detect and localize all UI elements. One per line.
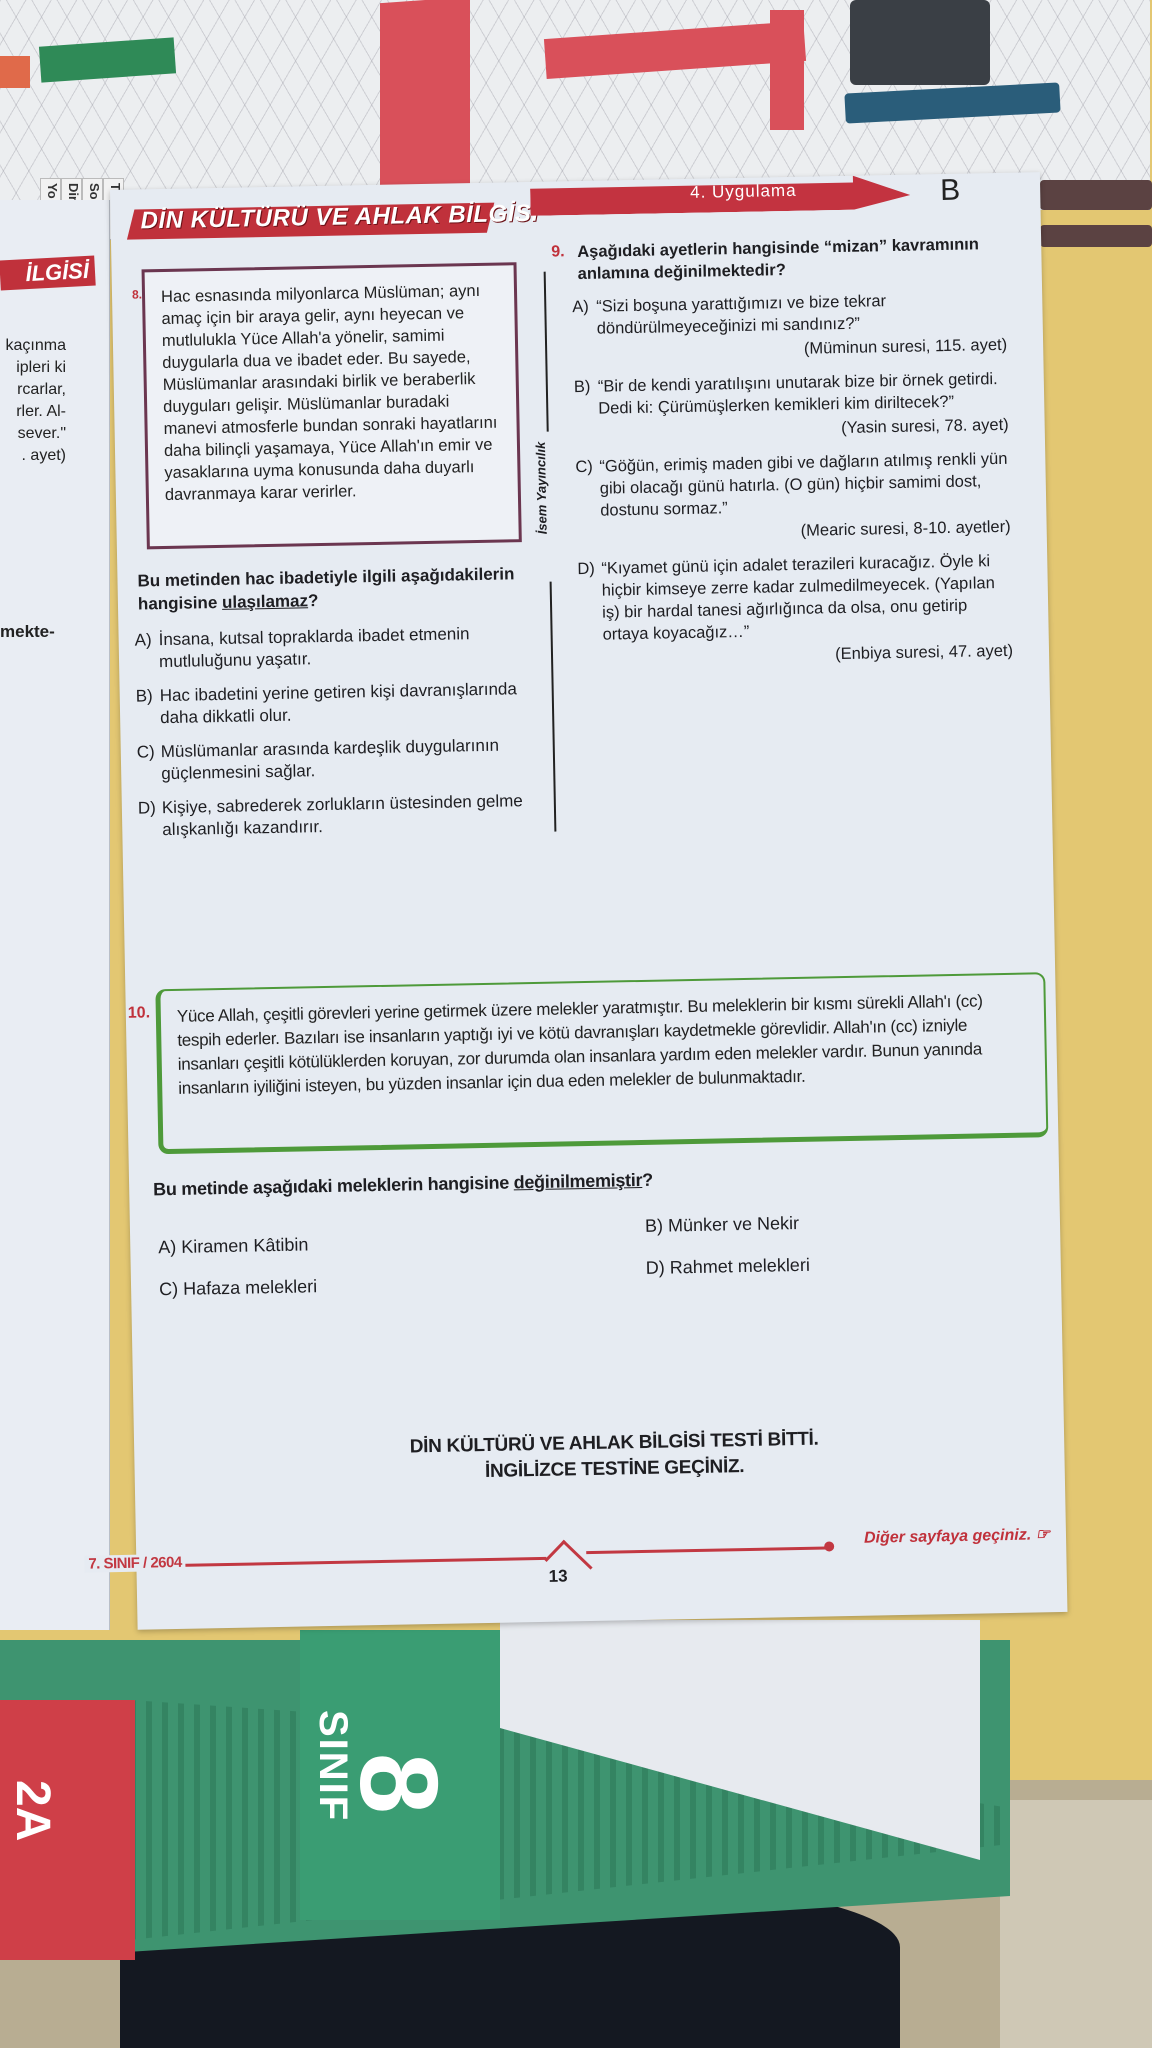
footer-dot [824, 1541, 834, 1551]
footer-line [586, 1547, 826, 1555]
left-page-title: İLGİSİ [0, 256, 96, 291]
verse-reference: (Yasin suresi, 78. ayet) [599, 414, 1009, 444]
answer-option[interactable]: C) Hafaza melekleri [159, 1276, 317, 1300]
question8-passage: Hac esnasında milyonlarca Müslüman; aynı… [142, 262, 522, 549]
left-page-stem-fragment: mekte- [0, 622, 55, 642]
answer-option[interactable]: D)“Kıyamet günü için adalet terazileri k… [577, 550, 1019, 676]
cover-red-label: 2A [5, 1780, 60, 1841]
answer-option[interactable]: A)İnsana, kutsal topraklarda ibadet etme… [134, 622, 535, 674]
question10-passage: Yüce Allah, çeşitli görevleri yerine get… [155, 972, 1048, 1154]
background-shelf [850, 0, 990, 85]
grade-code: 7. SINIF / 2604 [84, 1554, 186, 1573]
footer-line [166, 1557, 546, 1567]
question8-stem: Bu metinden hac ibadetiyle ilgili aşağıd… [137, 562, 528, 615]
section-label: 4. Uygulama [690, 181, 797, 203]
left-page-text: kaçınma ipleri ki rcarlar, rler. Al- sev… [0, 335, 66, 467]
publisher-label: İsem Yayıncılık [533, 442, 550, 535]
test-end-message: DİN KÜLTÜRÜ VE AHLAK BİLGİSİ TESTİ BİTTİ… [314, 1425, 915, 1489]
question9-stem: Aşağıdaki ayetlerin hangisinde “mizan” k… [577, 233, 1008, 285]
background-orange-tab [0, 56, 30, 88]
answer-option[interactable]: A) Kiramen Kâtibin [158, 1234, 308, 1258]
question-number: 10. [128, 1004, 151, 1022]
column-divider [544, 272, 549, 432]
verse-reference: (Müminun suresi, 115. ayet) [597, 334, 1007, 364]
answer-option[interactable]: D)Kişiye, sabrederek zorlukların üstesin… [138, 790, 539, 842]
question10-stem: Bu metinde aşağıdaki meleklerin hangisin… [153, 1170, 653, 1201]
booklet-type: B [940, 174, 961, 208]
question9-options: A)“Sizi boşuna yarattığımızı ve bize tek… [572, 288, 1019, 682]
background-wall [1000, 1800, 1152, 2048]
answer-option[interactable]: A)“Sizi boşuna yarattığımızı ve bize tek… [572, 288, 1013, 370]
answer-option[interactable]: D) Rahmet melekleri [646, 1255, 810, 1279]
page-number: 13 [549, 1566, 568, 1586]
cover-grade-number: 8 [335, 1753, 462, 1814]
verse-reference: (Mearic suresi, 8-10. ayetler) [600, 516, 1010, 546]
question8-options: A)İnsana, kutsal topraklarda ibadet etme… [134, 622, 538, 854]
answer-option[interactable]: C)Müslümanlar arasında kardeşlik duygula… [137, 734, 538, 786]
question-number: 9. [551, 243, 565, 261]
next-page-hint: Diğer sayfaya geçiniz. ☞ [864, 1524, 1050, 1548]
answer-option[interactable]: B)Hac ibadetini yerine getiren kişi davr… [136, 678, 537, 730]
background-red-stripe [770, 10, 804, 130]
stem-emphasis: değinilmemiştir [513, 1170, 642, 1192]
background-shelf-brown [1040, 225, 1152, 247]
verse-reference: (Enbiya suresi, 47. ayet) [603, 640, 1013, 670]
answer-option[interactable]: C)“Göğün, erimiş maden gibi ve dağların … [575, 448, 1017, 552]
answer-option[interactable]: B)“Bir de kendi yaratılışını unutarak bi… [574, 368, 1015, 450]
stem-emphasis: ulaşılamaz [222, 591, 308, 612]
answer-option[interactable]: B) Münker ve Nekir [645, 1213, 799, 1237]
exam-page: DİN KÜLTÜRÜ VE AHLAK BİLGİSİ 4. Uygulama… [110, 172, 1067, 1630]
column-divider [550, 582, 557, 832]
question-number: 8. [132, 287, 142, 301]
background-shelf-brown [1040, 180, 1152, 210]
